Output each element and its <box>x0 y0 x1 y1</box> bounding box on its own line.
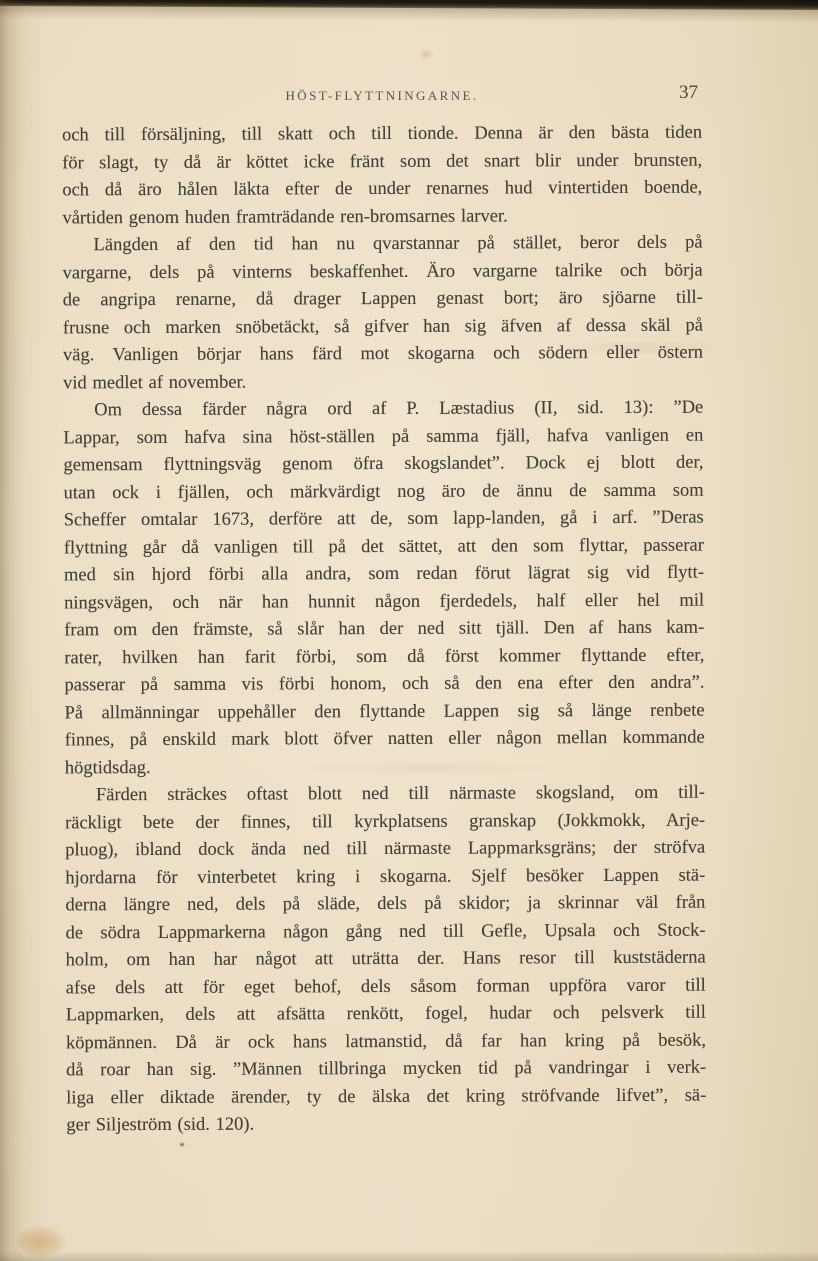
page-bottom-edge-shade <box>0 1251 818 1261</box>
text-line: rater, hvilken han farit förbi, som då f… <box>64 642 704 672</box>
text-line: flyttning går då vanligen till på det sä… <box>64 532 704 562</box>
book-page-scan: HÖST-FLYTTNINGARNE. 37 och till försäljn… <box>0 0 818 1261</box>
text-line: vargarne, dels på vinterns beskaffenhet.… <box>63 257 703 287</box>
paragraph: Längden af den tid han nu qvarstannar på… <box>62 230 703 398</box>
text-line: fram om den främste, så slår han der ned… <box>64 615 704 645</box>
page-number: 37 <box>679 82 698 104</box>
text-line: hjordarna för vinterbetet kring i skogar… <box>65 862 705 892</box>
text-line: och till försäljning, till skatt och til… <box>62 120 702 150</box>
text-line: väg. Vanligen börjar hans färd mot skoga… <box>63 340 703 370</box>
paper-spot <box>418 48 434 60</box>
text-line: för slagt, ty då är köttet icke fränt so… <box>62 147 702 177</box>
text-line: derna längre ned, dels på släde, dels på… <box>65 890 705 920</box>
text-line: Scheffer omtalar 1673, derföre att de, s… <box>64 505 704 535</box>
running-head: HÖST-FLYTTNINGARNE. 37 <box>62 84 702 108</box>
text-line: räckligt bete der finnes, till kyrkplats… <box>65 807 705 837</box>
text-line: pluog), ibland dock ända ned till närmas… <box>65 835 705 865</box>
text-line: de södra Lappmarkerna någon gång ned til… <box>65 917 705 947</box>
footnote-mark: * <box>179 1139 185 1154</box>
text-line: med sin hjord förbi alla andra, som reda… <box>64 560 704 590</box>
text-line: passerar på samma vis förbi honom, och s… <box>64 670 704 700</box>
text-line: frusne och marken snöbetäckt, så gifver … <box>63 312 703 342</box>
book-top-edge-shadow <box>0 5 818 23</box>
page-text: och till försäljning, till skatt och til… <box>62 120 706 1140</box>
text-line: holm, om han har något att uträtta der. … <box>66 945 706 975</box>
running-title: HÖST-FLYTTNINGARNE. <box>62 88 702 104</box>
text-line: Lappar, som hafva sina höst-ställen på s… <box>63 422 703 452</box>
text-line: högtidsdag. <box>65 752 705 782</box>
paragraph: Om dessa färder några ord af P. Læstadiu… <box>63 395 705 783</box>
text-line: Lappmarken, dels att afsätta renkött, fo… <box>66 1000 706 1030</box>
paper-stain <box>18 1226 66 1256</box>
text-line: liga eller diktade ärender, ty de älska … <box>66 1082 706 1112</box>
text-line: gemensam flyttningsväg genom öfra skogsl… <box>63 450 703 480</box>
text-line: och då äro hålen läkta efter de under re… <box>62 175 702 205</box>
text-line: ningsvägen, och när han hunnit någon fje… <box>64 587 704 617</box>
text-line: På allmänningar uppehåller den flyttande… <box>65 697 705 727</box>
text-line: vid medlet af november. <box>63 367 703 397</box>
text-line: Längden af den tid han nu qvarstannar på… <box>62 230 702 260</box>
text-line: Färden sträckes oftast blott ned till nä… <box>65 780 705 810</box>
paragraph: och till försäljning, till skatt och til… <box>62 120 702 233</box>
paragraph: Färden sträckes oftast blott ned till nä… <box>65 780 707 1140</box>
page-left-edge-shade <box>0 0 26 1261</box>
text-line: afse dels att för eget behof, dels såsom… <box>66 972 706 1002</box>
text-line: finnes, på enskild mark blott öfver natt… <box>65 725 705 755</box>
text-line: Om dessa färder några ord af P. Læstadiu… <box>63 395 703 425</box>
text-line: vårtiden genom huden framträdande ren-br… <box>62 202 702 232</box>
text-line: då roar han sig. ”Männen tillbringa myck… <box>66 1055 706 1085</box>
text-line: utan ock i fjällen, och märkvärdigt nog … <box>64 477 704 507</box>
text-line: köpmännen. Då är ock hans latmanstid, då… <box>66 1027 706 1057</box>
text-line: de angripa renarne, då drager Lappen gen… <box>63 285 703 315</box>
text-line: ger Siljeström (sid. 120). <box>66 1110 706 1140</box>
